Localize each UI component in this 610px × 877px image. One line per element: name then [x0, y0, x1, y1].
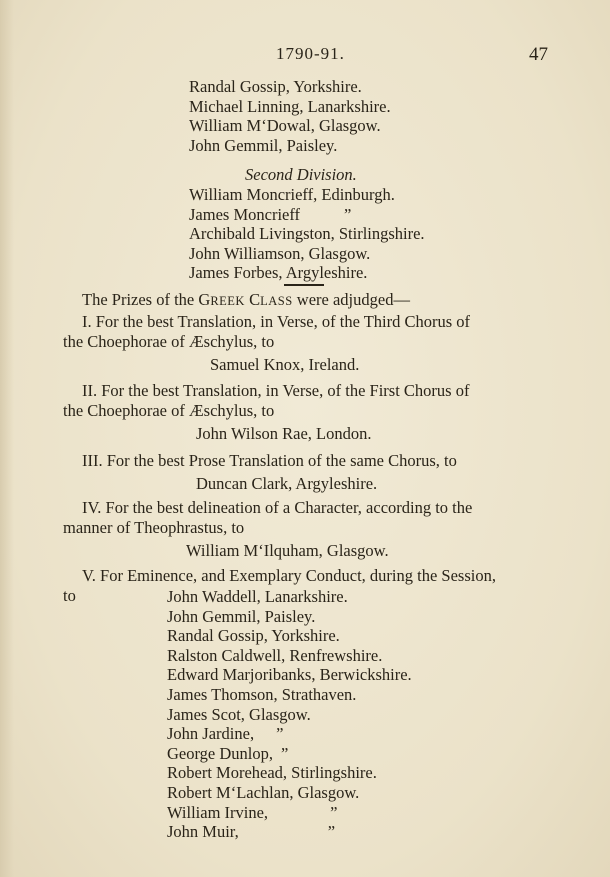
list-item: James Thomson, Strathaven.: [167, 685, 412, 705]
ditto-mark: ”: [330, 803, 337, 823]
page-number: 47: [529, 44, 548, 66]
prize-numeral: III.: [63, 451, 103, 470]
prize-description-cont: the Choephorae of Æschylus, to: [63, 401, 545, 421]
list-item: Archibald Livingston, Stirlingshire.: [189, 224, 425, 244]
prize-2-recipient: John Wilson Rae, London.: [196, 424, 371, 444]
prize-1: I. For the best Translation, in Verse, o…: [63, 312, 545, 351]
entry-name: James Thomson, Strathaven.: [167, 685, 356, 704]
list-item: George Dunlop,”: [167, 744, 412, 764]
entry-name: John Jardine,: [167, 724, 254, 743]
prize-2: II. For the best Translation, in Verse, …: [63, 381, 545, 420]
list-item: Robert M‘Lachlan, Glasgow.: [167, 783, 412, 803]
prize-numeral: II.: [63, 381, 97, 400]
ditto-mark: ”: [281, 744, 288, 764]
entry-name: Robert M‘Lachlan, Glasgow.: [167, 783, 359, 802]
list-item: Edward Marjoribanks, Berwickshire.: [167, 665, 412, 685]
prize-4: IV. For the best delineation of a Charac…: [63, 498, 545, 537]
entry-name: William Irvine,: [167, 803, 268, 822]
intro-text: The Prizes of the: [63, 290, 198, 309]
prize-3-recipient: Duncan Clark, Argyleshire.: [196, 474, 377, 494]
list-item: Randal Gossip, Yorkshire.: [189, 77, 391, 97]
eminence-list: John Waddell, Lanarkshire. John Gemmil, …: [167, 587, 412, 842]
list-item: James Forbes, Argyleshire.: [189, 263, 425, 283]
list-item: James Scot, Glasgow.: [167, 705, 412, 725]
entry-name: George Dunlop,: [167, 744, 273, 763]
book-page: 1790-91. 47 Randal Gossip, Yorkshire. Mi…: [0, 0, 610, 877]
list-item: John Jardine,”: [167, 724, 412, 744]
entry-name: James Scot, Glasgow.: [167, 705, 311, 724]
small-caps-greek-rest: REEK: [210, 294, 245, 308]
prize-1-recipient: Samuel Knox, Ireland.: [210, 355, 359, 375]
section-heading-second-division: Second Division.: [245, 165, 357, 185]
entry-name: Archibald Livingston, Stirlingshire.: [189, 224, 425, 243]
entry-name: John Gemmil, Paisley.: [167, 607, 315, 626]
first-division-list: Randal Gossip, Yorkshire. Michael Linnin…: [189, 77, 391, 155]
list-item: John Gemmil, Paisley.: [167, 607, 412, 627]
small-caps-greek-initial: G: [198, 290, 210, 309]
entry-name: John Muir,: [167, 822, 239, 841]
running-title: 1790-91.: [276, 44, 345, 64]
list-item: Randal Gossip, Yorkshire.: [167, 626, 412, 646]
prize-description-cont: manner of Theophrastus, to: [63, 518, 545, 538]
prize-3: III. For the best Prose Translation of t…: [63, 451, 545, 471]
ditto-mark: ”: [276, 724, 283, 744]
prize-description: For Eminence, and Exemplary Conduct, dur…: [96, 566, 496, 585]
entry-name: Ralston Caldwell, Renfrewshire.: [167, 646, 382, 665]
list-item: James Moncrieff”: [189, 205, 425, 225]
prize-description: For the best Prose Translation of the sa…: [103, 451, 457, 470]
list-item: William M‘Dowal, Glasgow.: [189, 116, 391, 136]
list-item: Robert Morehead, Stirlingshire.: [167, 763, 412, 783]
second-division-list: William Moncrieff, Edinburgh. James Monc…: [189, 185, 425, 283]
prize-description: For the best delineation of a Character,…: [101, 498, 472, 517]
prize-description: For the best Translation, in Verse, of t…: [97, 381, 469, 400]
list-item: John Waddell, Lanarkshire.: [167, 587, 412, 607]
section-divider: [284, 284, 324, 286]
prize-description-cont: the Choephorae of Æschylus, to: [63, 332, 545, 352]
prize-numeral: I.: [63, 312, 92, 331]
prize-description: For the best Translation, in Verse, of t…: [92, 312, 470, 331]
entry-name: Randal Gossip, Yorkshire.: [167, 626, 340, 645]
small-caps-class-rest: LASS: [260, 294, 293, 308]
entry-name: William Moncrieff, Edinburgh.: [189, 185, 395, 204]
entry-name: James Moncrieff: [189, 205, 300, 224]
list-item: William Moncrieff, Edinburgh.: [189, 185, 425, 205]
greek-class-intro: The Prizes of the GREEK CLASS were adjud…: [63, 290, 545, 312]
list-item: John Muir,”: [167, 822, 412, 842]
entry-name: Edward Marjoribanks, Berwickshire.: [167, 665, 412, 684]
ditto-mark: ”: [328, 822, 335, 842]
prize-4-recipient: William M‘Ilquham, Glasgow.: [186, 541, 389, 561]
entry-name: John Waddell, Lanarkshire.: [167, 587, 348, 606]
entry-name: John Williamson, Glasgow.: [189, 244, 370, 263]
entry-name: James Forbes, Argyleshire.: [189, 263, 367, 282]
intro-text-end: were adjudged—: [293, 290, 410, 309]
list-item: William Irvine,”: [167, 803, 412, 823]
prize-numeral: IV.: [63, 498, 101, 517]
entry-name: Robert Morehead, Stirlingshire.: [167, 763, 377, 782]
list-item: John Williamson, Glasgow.: [189, 244, 425, 264]
prize-numeral: V.: [63, 566, 96, 585]
ditto-mark: ”: [344, 205, 351, 225]
list-item: John Gemmil, Paisley.: [189, 136, 391, 156]
list-item: Ralston Caldwell, Renfrewshire.: [167, 646, 412, 666]
small-caps-class-initial: C: [249, 290, 260, 309]
list-item: Michael Linning, Lanarkshire.: [189, 97, 391, 117]
